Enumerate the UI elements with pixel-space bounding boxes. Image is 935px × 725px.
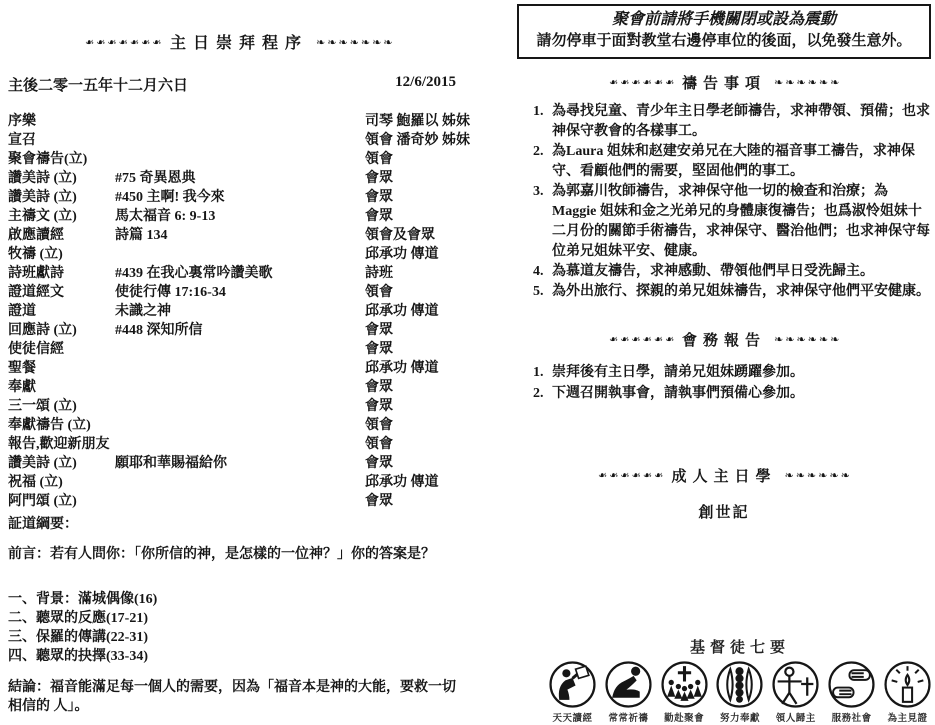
program-item: 讚美詩 (立): [8, 188, 115, 207]
program-row: 聖餐 邱承功 傳道: [8, 359, 470, 378]
program-row: 祝福 (立) 邱承功 傳道: [8, 473, 470, 492]
page-title-row: ❧❧❧❧❧❧❧主日崇拜程序❧❧❧❧❧❧❧: [8, 30, 470, 53]
prayer-section-heading: ❧❧❧❧❧❧禱告事項❧❧❧❧❧❧: [517, 72, 931, 93]
program-detail: 願耶和華賜福給你: [115, 454, 365, 473]
sermon-point: 三、保羅的傳講(22-31): [8, 628, 470, 647]
program-item: 讚美詩 (立): [8, 169, 115, 188]
announcement-item: 下週召開執事會，請執事們預備心參加。: [547, 383, 931, 404]
date-row: 主後二零一五年十二月六日 12/6/2015: [8, 74, 470, 95]
program-item: 三一頌 (立): [8, 397, 115, 416]
program-item: 報告,歡迎新朋友: [8, 435, 115, 454]
program-leader: 詩班: [365, 264, 470, 283]
program-item: 奉獻: [8, 378, 115, 397]
seven-item-label: 勤赴聚會: [658, 710, 711, 724]
program-detail: [115, 359, 365, 378]
program-row: 聚會禱告(立) 領會: [8, 150, 470, 169]
program-item: 奉獻禱告 (立): [8, 416, 115, 435]
program-detail: [115, 150, 365, 169]
program-row: 序樂 司琴 鮑羅以 姊妹: [8, 112, 470, 131]
program-leader: 邱承功 傳道: [365, 245, 470, 264]
sermon-conclusion: 結論：福音能滿足每一個人的需要，因為「福音本是神的大能，要救一切相信的 人」。: [8, 678, 468, 716]
program-detail: 詩篇 134: [115, 226, 365, 245]
program-item: 證道經文: [8, 283, 115, 302]
program-detail: [115, 112, 365, 131]
program-leader: 會眾: [365, 207, 470, 226]
seven-item-witness: 為主見證: [881, 660, 934, 724]
prayer-list: 為尋找兒童、青少年主日學老師禱告，求神帶領、預備；也求神保守教會的各樣事工。 為…: [517, 102, 931, 302]
seven-item-label: 服務社會: [825, 710, 878, 724]
program-leader: 會眾: [365, 378, 470, 397]
program-leader: 會眾: [365, 321, 470, 340]
seven-item-evangelism: 領人歸主: [769, 660, 822, 724]
program-item: 祝福 (立): [8, 473, 115, 492]
program-leader: 會眾: [365, 340, 470, 359]
program-detail: [115, 131, 365, 150]
sunday-school-heading-text: 成人主日學: [671, 469, 776, 485]
worship-program-list: 序樂 司琴 鮑羅以 姊妹 宣召 領會 潘奇妙 姊妹 聚會禱告(立) 領會 讚美詩…: [8, 112, 470, 511]
announcements-heading-text: 會務報告: [682, 333, 766, 349]
program-row: 主禱文 (立) 馬太福音 6: 9-13 會眾: [8, 207, 470, 226]
program-detail: #448 深知所信: [115, 321, 365, 340]
program-item: 序樂: [8, 112, 115, 131]
program-detail: [115, 378, 365, 397]
program-item: 讚美詩 (立): [8, 454, 115, 473]
ornament-chain: ❧❧❧❧❧❧❧: [316, 36, 395, 49]
seven-item-label: 常常祈禱: [602, 710, 655, 724]
ornament-chain: ❧❧❧❧❧❧: [596, 469, 663, 482]
program-leader: 司琴 鮑羅以 姊妹: [365, 112, 470, 131]
program-row: 證道 未識之神 邱承功 傳道: [8, 302, 470, 321]
prayer-item: 為郭嘉川牧師禱告，求神保守他一切的檢查和治療；為Maggie 姐妹和金之光弟兄的…: [547, 182, 931, 262]
ornament-chain: ❧❧❧❧❧❧: [607, 76, 674, 89]
seven-item-offering: 努力奉獻: [713, 660, 766, 724]
program-leader: 會眾: [365, 492, 470, 511]
date-numeric: 12/6/2015: [395, 74, 456, 95]
program-row: 讚美詩 (立) #450 主啊! 我今來 會眾: [8, 188, 470, 207]
program-row: 使徒信經 會眾: [8, 340, 470, 359]
program-row: 奉獻 會眾: [8, 378, 470, 397]
sermon-point: 二、聽眾的反應(17-21): [8, 609, 470, 628]
program-leader: 邱承功 傳道: [365, 359, 470, 378]
program-item: 詩班獻詩: [8, 264, 115, 283]
program-leader: 會眾: [365, 454, 470, 473]
program-item: 阿門頌 (立): [8, 492, 115, 511]
phone-notice: 聚會前請將手機關閉或設為震動: [525, 9, 923, 31]
program-detail: #439 在我心裏常吟讚美歌: [115, 264, 365, 283]
program-leader: 領會及會眾: [365, 226, 470, 245]
program-row: 奉獻禱告 (立) 領會: [8, 416, 470, 435]
prayer-heading-text: 禱告事項: [682, 76, 766, 92]
seven-item-label: 天天讀經: [546, 710, 599, 724]
seven-essentials-title: 基督徒七要: [546, 636, 934, 657]
prayer-item: 為慕道友禱告，求神感動、帶領他們早日受洗歸主。: [547, 262, 931, 282]
program-detail: [115, 416, 365, 435]
program-detail: #450 主啊! 我今來: [115, 188, 365, 207]
program-leader: 領會: [365, 435, 470, 454]
seven-item-prayer: 常常祈禱: [602, 660, 655, 724]
sunday-school-heading: ❧❧❧❧❧❧成人主日學❧❧❧❧❧❧: [517, 465, 931, 486]
program-row: 證道經文 使徒行傳 17:16-34 領會: [8, 283, 470, 302]
announcements-section-heading: ❧❧❧❧❧❧會務報告❧❧❧❧❧❧: [517, 329, 931, 350]
seven-item-label: 努力奉獻: [713, 710, 766, 724]
seven-item-reading: 天天讀經: [546, 660, 599, 724]
program-leader: 領會: [365, 283, 470, 302]
program-row: 阿門頌 (立) 會眾: [8, 492, 470, 511]
seven-item-label: 為主見證: [881, 710, 934, 724]
program-detail: [115, 340, 365, 359]
program-row: 讚美詩 (立) #75 奇異恩典 會眾: [8, 169, 470, 188]
announcements-list: 崇拜後有主日學，請弟兄姐妹踴躍參加。 下週召開執事會，請執事們預備心參加。: [517, 362, 931, 404]
program-row: 啟應讀經 詩篇 134 領會及會眾: [8, 226, 470, 245]
notice-box: 聚會前請將手機關閉或設為震動 請勿停車于面對教堂右邊停車位的後面，以免發生意外。: [517, 4, 931, 59]
program-item: 牧禱 (立): [8, 245, 115, 264]
evangelism-icon: [769, 660, 822, 709]
prayer-icon: [602, 660, 655, 709]
sermon-outline-heading: 証道綱要：: [8, 515, 470, 534]
program-leader: 會眾: [365, 397, 470, 416]
program-row: 讚美詩 (立) 願耶和華賜福給你 會眾: [8, 454, 470, 473]
ornament-chain: ❧❧❧❧❧❧: [607, 333, 674, 346]
seven-essentials-row: 天天讀經 常常祈禱: [546, 660, 934, 724]
program-row: 報告,歡迎新朋友 領會: [8, 435, 470, 454]
sermon-point: 四、聽眾的抉擇(33-34): [8, 647, 470, 666]
program-detail: 馬太福音 6: 9-13: [115, 207, 365, 226]
program-item: 回應詩 (立): [8, 321, 115, 340]
seven-essentials: 基督徒七要 天天讀經 常常祈禱: [546, 636, 934, 724]
program-item: 使徒信經: [8, 340, 115, 359]
bulletin-right-column: 聚會前請將手機關閉或設為震動 請勿停車于面對教堂右邊停車位的後面，以免發生意外。…: [517, 4, 931, 522]
program-item: 聖餐: [8, 359, 115, 378]
program-detail: [115, 245, 365, 264]
program-leader: 領會: [365, 150, 470, 169]
program-item: 啟應讀經: [8, 226, 115, 245]
program-leader: 領會: [365, 416, 470, 435]
sermon-intro: 前言：若有人問你：「你所信的神，是怎樣的一位神？」你的答案是？: [8, 545, 470, 564]
seven-item-congregation: 勤赴聚會: [658, 660, 711, 724]
congregation-icon: [658, 660, 711, 709]
bulletin-left-column: ❧❧❧❧❧❧❧主日崇拜程序❧❧❧❧❧❧❧ 主後二零一五年十二月六日 12/6/2…: [8, 30, 470, 716]
program-row: 三一頌 (立) 會眾: [8, 397, 470, 416]
sermon-points: 一、背景：滿城偶像(16) 二、聽眾的反應(17-21) 三、保羅的傳講(22-…: [8, 590, 470, 666]
program-leader: 會眾: [365, 188, 470, 207]
seven-item-label: 領人歸主: [769, 710, 822, 724]
date-chinese: 主後二零一五年十二月六日: [8, 74, 188, 95]
seven-item-service: 服務社會: [825, 660, 878, 724]
program-item: 聚會禱告(立): [8, 150, 115, 169]
program-leader: 領會 潘奇妙 姊妹: [365, 131, 470, 150]
program-leader: 邱承功 傳道: [365, 473, 470, 492]
prayer-item: 為Laura 姐妹和赵建安弟兄在大陸的福音事工禱告，求神保守、看顧他們的需要，堅…: [547, 142, 931, 182]
program-detail: #75 奇異恩典: [115, 169, 365, 188]
program-item: 宣召: [8, 131, 115, 150]
offering-icon: [713, 660, 766, 709]
parking-notice: 請勿停車于面對教堂右邊停車位的後面，以免發生意外。: [525, 31, 923, 52]
program-detail: 未識之神: [115, 302, 365, 321]
ornament-chain: ❧❧❧❧❧❧❧: [83, 36, 162, 49]
program-detail: [115, 473, 365, 492]
community-service-icon: [825, 660, 878, 709]
sermon-outline: 証道綱要： 前言：若有人問你：「你所信的神，是怎樣的一位神？」你的答案是？ 一、…: [8, 515, 470, 716]
sunday-school-topic: 創世記: [517, 501, 931, 522]
program-leader: 會眾: [365, 169, 470, 188]
witness-icon: [881, 660, 934, 709]
program-detail: 使徒行傳 17:16-34: [115, 283, 365, 302]
prayer-item: 為外出旅行、探親的弟兄姐妹禱告，求神保守他們平安健康。: [547, 282, 931, 302]
sermon-point: 一、背景：滿城偶像(16): [8, 590, 470, 609]
program-detail: [115, 435, 365, 454]
announcement-item: 崇拜後有主日學，請弟兄姐妹踴躍參加。: [547, 362, 931, 383]
program-row: 宣召 領會 潘奇妙 姊妹: [8, 131, 470, 150]
program-detail: [115, 397, 365, 416]
prayer-item: 為尋找兒童、青少年主日學老師禱告，求神帶領、預備；也求神保守教會的各樣事工。: [547, 102, 931, 142]
program-item: 主禱文 (立): [8, 207, 115, 226]
ornament-chain: ❧❧❧❧❧❧: [785, 469, 852, 482]
program-row: 牧禱 (立) 邱承功 傳道: [8, 245, 470, 264]
program-leader: 邱承功 傳道: [365, 302, 470, 321]
page-title: 主日崇拜程序: [170, 35, 308, 52]
program-row: 回應詩 (立) #448 深知所信 會眾: [8, 321, 470, 340]
program-row: 詩班獻詩 #439 在我心裏常吟讚美歌 詩班: [8, 264, 470, 283]
program-detail: [115, 492, 365, 511]
ornament-chain: ❧❧❧❧❧❧: [774, 333, 841, 346]
bible-reading-icon: [546, 660, 599, 709]
ornament-chain: ❧❧❧❧❧❧: [774, 76, 841, 89]
program-item: 證道: [8, 302, 115, 321]
